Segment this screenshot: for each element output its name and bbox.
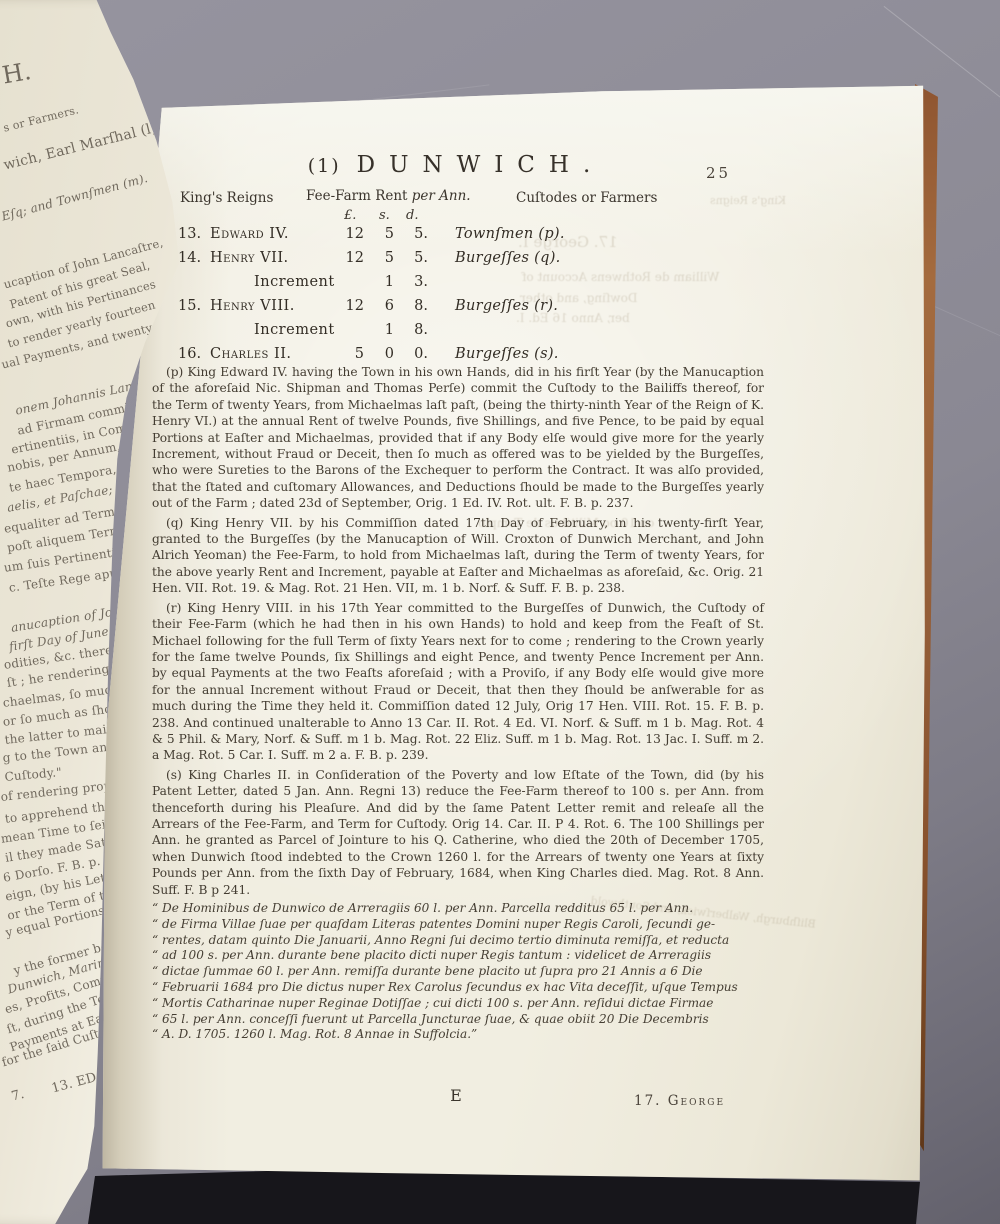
reign-number: 14. [178, 250, 201, 266]
reign-name: Increment [254, 322, 335, 338]
pence-value: 0. [402, 346, 428, 362]
page-content: King's Reigns17. George I.William de Rot… [150, 78, 840, 1186]
verso-text-fragment: 13. ED- [50, 1069, 103, 1097]
table-row: Increment13. [150, 274, 762, 298]
pounds-value: 5 [332, 346, 364, 362]
latin-line: “ dictae ſummae 60 l. per Ann. remiſſa d… [152, 964, 764, 980]
latin-line: “ A. D. 1705. 1260 l. Mag. Rot. 8 Annae … [152, 1027, 764, 1043]
recto-page: King's Reigns17. George I.William de Rot… [95, 78, 940, 1186]
reign-name: Increment [254, 274, 335, 290]
footnote-paragraph: (s) King Charles II. in Conſideration of… [152, 767, 764, 898]
shillings-value: 5 [374, 226, 394, 242]
pounds-symbol: £. [344, 208, 356, 223]
reign-name: Henry VII. [210, 250, 289, 266]
reign-number: 15. [178, 298, 201, 314]
pence-symbol: d. [406, 208, 418, 223]
footnote-paragraph: (r) King Henry VIII. in his 17th Year co… [152, 600, 764, 764]
custodes-value: Townſmen (p). [455, 226, 565, 242]
shillings-value: 1 [374, 322, 394, 338]
verso-text-fragment: Eſq; and Townſmen (m). [0, 171, 149, 224]
latin-line: “ rentes, datam quinto Die Januarii, Ann… [152, 933, 764, 949]
latin-line: “ de Firma Villae ſuae per quaſdam Liter… [152, 917, 764, 933]
shillings-value: 0 [374, 346, 394, 362]
pounds-value: 12 [332, 298, 364, 314]
footnote-paragraph: (p) King Edward IV. having the Town in h… [152, 364, 764, 512]
verso-text-fragment: s or Farmers. [2, 103, 80, 134]
pence-value: 5. [402, 226, 428, 242]
page-number: 25 [706, 164, 766, 182]
footnote-paragraph: (q) King Henry VII. by his Commiſſion da… [152, 515, 764, 597]
table-row: 14.Henry VII.1255.Burgeſſes (q). [150, 250, 762, 274]
pence-value: 5. [402, 250, 428, 266]
header-fee-farm-rent: Fee-Farm Rent per Ann. [306, 188, 471, 204]
verso-text-fragment: 7. [10, 1087, 26, 1105]
table-row: 15.Henry VIII.1268.Burgeſſes (r). [150, 298, 762, 322]
latin-line: “ ad 100 s. per Ann. durante bene placit… [152, 948, 764, 964]
title-text: DUNWICH. [357, 152, 605, 178]
reign-name: Edward IV. [210, 226, 289, 242]
verso-text-fragment: H. [0, 57, 33, 90]
title-index: (1) [308, 155, 341, 177]
verso-text-fragment: Cuſtody." [4, 765, 62, 784]
latin-line: “ Mortis Catharinae nuper Reginae Dotiſſ… [152, 996, 764, 1012]
latin-line: “ De Hominibus de Dunwico de Arreragiis … [152, 901, 764, 917]
pence-value: 8. [402, 298, 428, 314]
reign-number: 16. [178, 346, 201, 362]
header-custodes: Cuſtodes or Farmers [516, 190, 657, 206]
header-rent-italic: per Ann. [412, 188, 471, 204]
custodes-value: Burgeſſes (r). [455, 298, 558, 314]
footnotes: (p) King Edward IV. having the Town in h… [152, 364, 764, 898]
reign-name: Charles II. [210, 346, 292, 362]
custodes-value: Burgeſſes (q). [455, 250, 561, 266]
bleedthrough-text: King's Reigns [710, 194, 786, 207]
header-rent-roman: Fee-Farm Rent [306, 188, 412, 204]
table-row: Increment18. [150, 322, 762, 346]
table-row: 13.Edward IV.1255.Townſmen (p). [150, 226, 762, 250]
custodes-value: Burgeſſes (s). [455, 346, 559, 362]
pence-value: 3. [402, 274, 428, 290]
latin-line: “ Februarii 1684 pro Die dictus nuper Re… [152, 980, 764, 996]
shillings-value: 1 [374, 274, 394, 290]
pence-value: 8. [402, 322, 428, 338]
photo-scene: King's Reigns17. George I.William de Rot… [0, 0, 1000, 1224]
latin-quote: “ De Hominibus de Dunwico de Arreragiis … [152, 901, 764, 1043]
reign-name: Henry VIII. [210, 298, 295, 314]
latin-line: “ 65 l. per Ann. conceſſi fuerunt ut Par… [152, 1012, 764, 1028]
page-title: (1)DUNWICH. [150, 152, 762, 178]
shillings-symbol: s. [379, 208, 390, 223]
header-kings-reigns: King's Reigns [180, 190, 273, 206]
shillings-value: 6 [374, 298, 394, 314]
catchword: 17. George [634, 1093, 725, 1109]
reign-number: 13. [178, 226, 201, 242]
body-text: (p) King Edward IV. having the Town in h… [152, 364, 764, 1043]
pounds-value: 12 [332, 250, 364, 266]
pounds-value: 12 [332, 226, 364, 242]
shillings-value: 5 [374, 250, 394, 266]
